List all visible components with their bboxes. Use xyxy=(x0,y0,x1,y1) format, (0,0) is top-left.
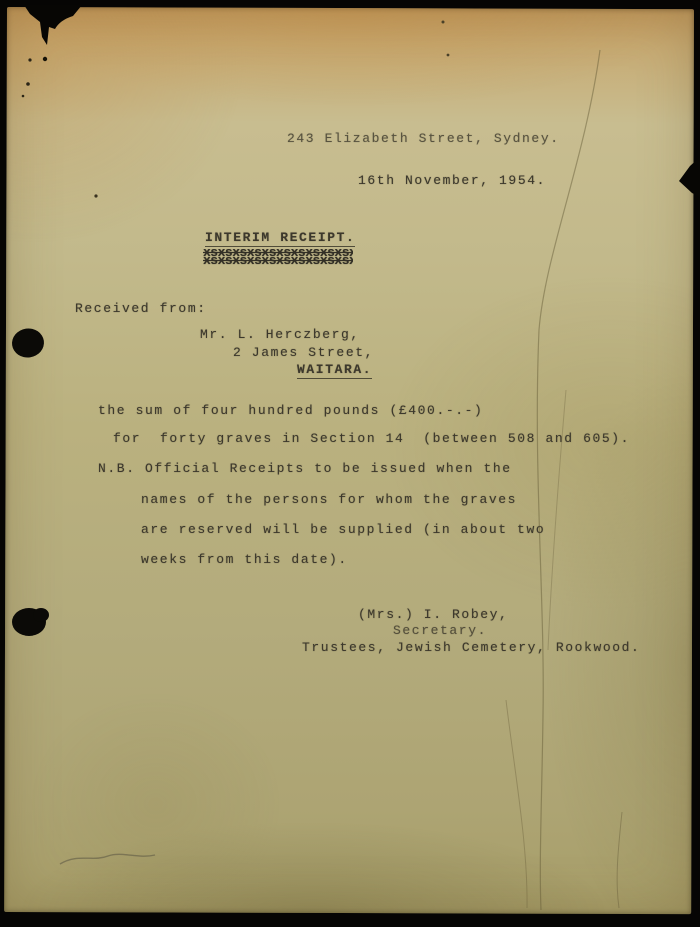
signatory-organisation: Trustees, Jewish Cemetery, Rookwood. xyxy=(302,639,640,656)
recipient-name: Mr. L. Herczberg, xyxy=(200,326,360,343)
signatory-name: (Mrs.) I. Robey, xyxy=(358,606,508,623)
receipt-title-text: INTERIM RECEIPT. xyxy=(205,230,355,247)
body-line-2: for forty graves in Section 14 (between … xyxy=(113,430,630,447)
title-strikeout-decoration: xsxsxsxsxsxsxsxsxsxsxsx xsxsxsxsxsxsxsxs… xyxy=(203,249,353,266)
letterhead-address: 243 Elizabeth Street, Sydney. xyxy=(287,130,560,147)
letterhead-date: 16th November, 1954. xyxy=(358,172,546,189)
body-line-3: N.B. Official Receipts to be issued when… xyxy=(98,460,512,477)
recipient-locality: WAITARA. xyxy=(297,361,372,378)
signatory-role: Secretary. xyxy=(393,622,487,639)
body-line-5: are reserved will be supplied (in about … xyxy=(141,521,545,538)
body-line-4: names of the persons for whom the graves xyxy=(141,491,517,508)
received-from-label: Received from: xyxy=(75,300,207,317)
strikeout-row: xsxsxsxsxsxsxsxsxsxsxsx xyxy=(203,257,353,265)
recipient-locality-text: WAITARA. xyxy=(297,362,372,379)
receipt-title: INTERIM RECEIPT. xyxy=(205,229,355,246)
body-line-6: weeks from this date). xyxy=(141,551,348,568)
body-line-1: the sum of four hundred pounds (£400.-.-… xyxy=(98,402,483,419)
scanned-receipt-page: 243 Elizabeth Street, Sydney. 16th Novem… xyxy=(0,0,700,927)
recipient-street: 2 James Street, xyxy=(233,344,374,361)
